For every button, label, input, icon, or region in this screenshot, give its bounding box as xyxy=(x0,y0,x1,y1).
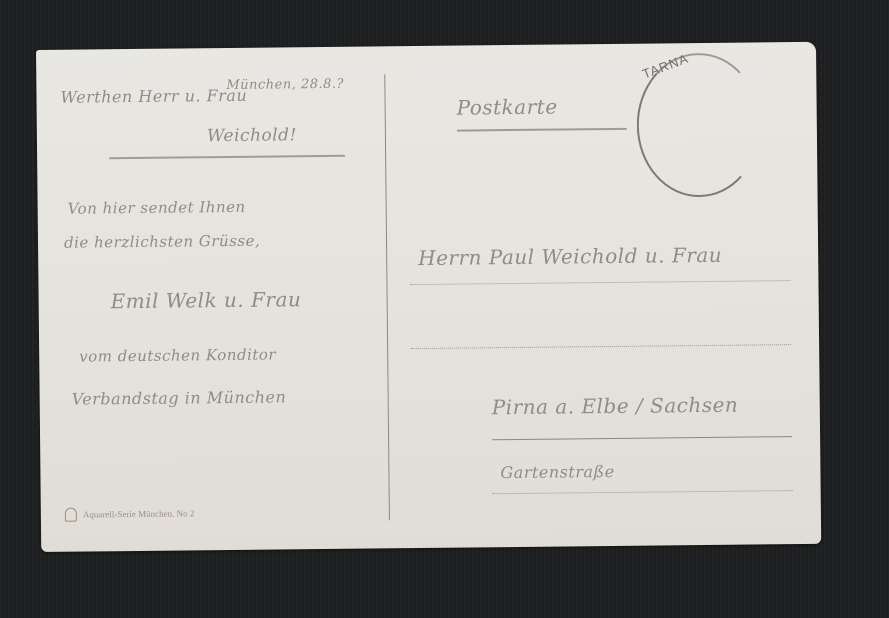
greeting-underline xyxy=(109,155,345,159)
publisher-logo-icon xyxy=(65,508,77,522)
message-line-2: die herzlichsten Grüsse, xyxy=(64,232,260,252)
city-underline xyxy=(492,436,792,440)
address-line-3 xyxy=(493,490,793,494)
address-line-1 xyxy=(410,280,790,285)
signature: Emil Welk u. Frau xyxy=(111,287,302,313)
center-divider xyxy=(384,74,390,520)
publisher-text: Aquarell-Serie München. No 2 xyxy=(83,508,195,519)
publisher-imprint: Aquarell-Serie München. No 2 xyxy=(65,506,195,521)
postcard: München, 28.8.? Werthen Herr u. Frau Wei… xyxy=(36,42,821,552)
message-line-3: vom deutschen Konditor xyxy=(79,346,276,366)
greeting-line-1: Werthen Herr u. Frau xyxy=(60,86,247,107)
address-line-2 xyxy=(411,344,791,349)
message-line-4: Verbandstag in München xyxy=(72,387,287,408)
heading-underline xyxy=(457,128,627,132)
city-line: Pirna a. Elbe / Sachsen xyxy=(492,393,739,420)
street-line: Gartenstraße xyxy=(500,462,614,482)
postkarte-heading: Postkarte xyxy=(457,95,558,120)
recipient-line: Herrn Paul Weichold u. Frau xyxy=(418,243,722,270)
message-line-1: Von hier sendet Ihnen xyxy=(68,198,246,218)
greeting-line-2: Weichold! xyxy=(207,125,297,146)
